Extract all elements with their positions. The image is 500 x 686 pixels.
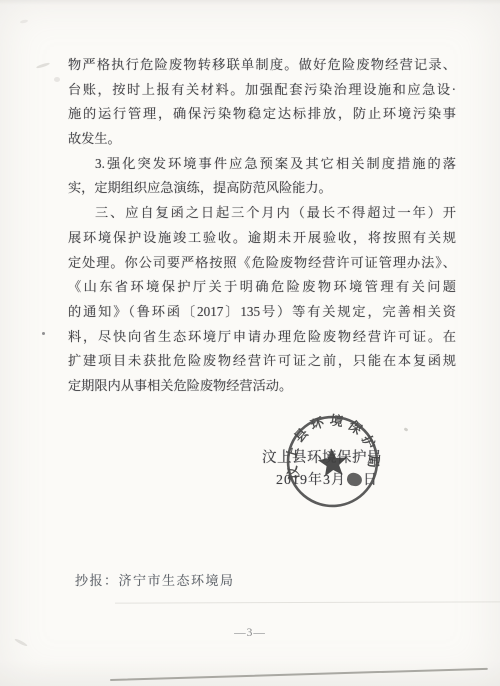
paper-edge-line: [110, 668, 488, 681]
official-seal-stamp: 汶上县环境保护局: [280, 409, 385, 514]
body-line: 的通知》（鲁环函〔2017〕135号）等有关规定，完善相关资: [68, 300, 456, 325]
cc-recipients-line: 抄报：济宁市生态环境局: [75, 570, 235, 589]
scan-speck: [20, 19, 28, 24]
body-line: 《山东省环境保护厅关于明确危险废物环境管理有关问题: [68, 275, 456, 300]
scanned-document-page: 物严格执行危险废物转移联单制度。做好危险废物经营记录、 台账，按时上报有关材料。…: [0, 0, 500, 686]
body-line: 定处理。你公司要严格按照《危险废物经营许可证管理办法》、: [68, 251, 456, 276]
scan-speck: [14, 638, 28, 647]
body-line: 定期限内从事相关危险废物经营活动。: [68, 374, 456, 399]
scan-speck: [36, 62, 50, 69]
document-body: 物严格执行危险废物转移联单制度。做好危险废物经营记录、 台账，按时上报有关材料。…: [68, 53, 456, 399]
body-line: 扩建项目未获批危险废物经营许可证之前，只能在本复函规: [68, 349, 456, 374]
page-number: —3—: [0, 627, 500, 639]
body-line: 实，定期组织应急演练，提高防范风险能力。: [68, 176, 456, 201]
body-line: 展环境保护设施竣工验收。逾期未开展验收，将按照有关规: [68, 226, 456, 251]
body-line: 三、应自复函之日起三个月内（最长不得超过一年）开: [68, 201, 456, 226]
scan-streak: [115, 601, 500, 603]
body-line: 故发生。: [68, 127, 456, 152]
scan-speck: [42, 332, 45, 335]
scan-speck: [404, 427, 409, 432]
body-line: 料，尽快向省生态环境厅申请办理危险废物经营许可证。在: [68, 325, 456, 350]
body-line: 3.强化突发环境事件应急预案及其它相关制度措施的落: [68, 152, 456, 177]
body-line: 台账，按时上报有关材料。加强配套污染治理设施和应急设·: [68, 78, 456, 103]
star-icon: [317, 447, 348, 477]
body-line: 物严格执行危险废物转移联单制度。做好危险废物经营记录、: [68, 53, 456, 78]
body-line: 施的运行管理，确保污染物稳定达标排放，防止环境污染事: [68, 102, 456, 127]
scan-speck: [54, 77, 60, 82]
